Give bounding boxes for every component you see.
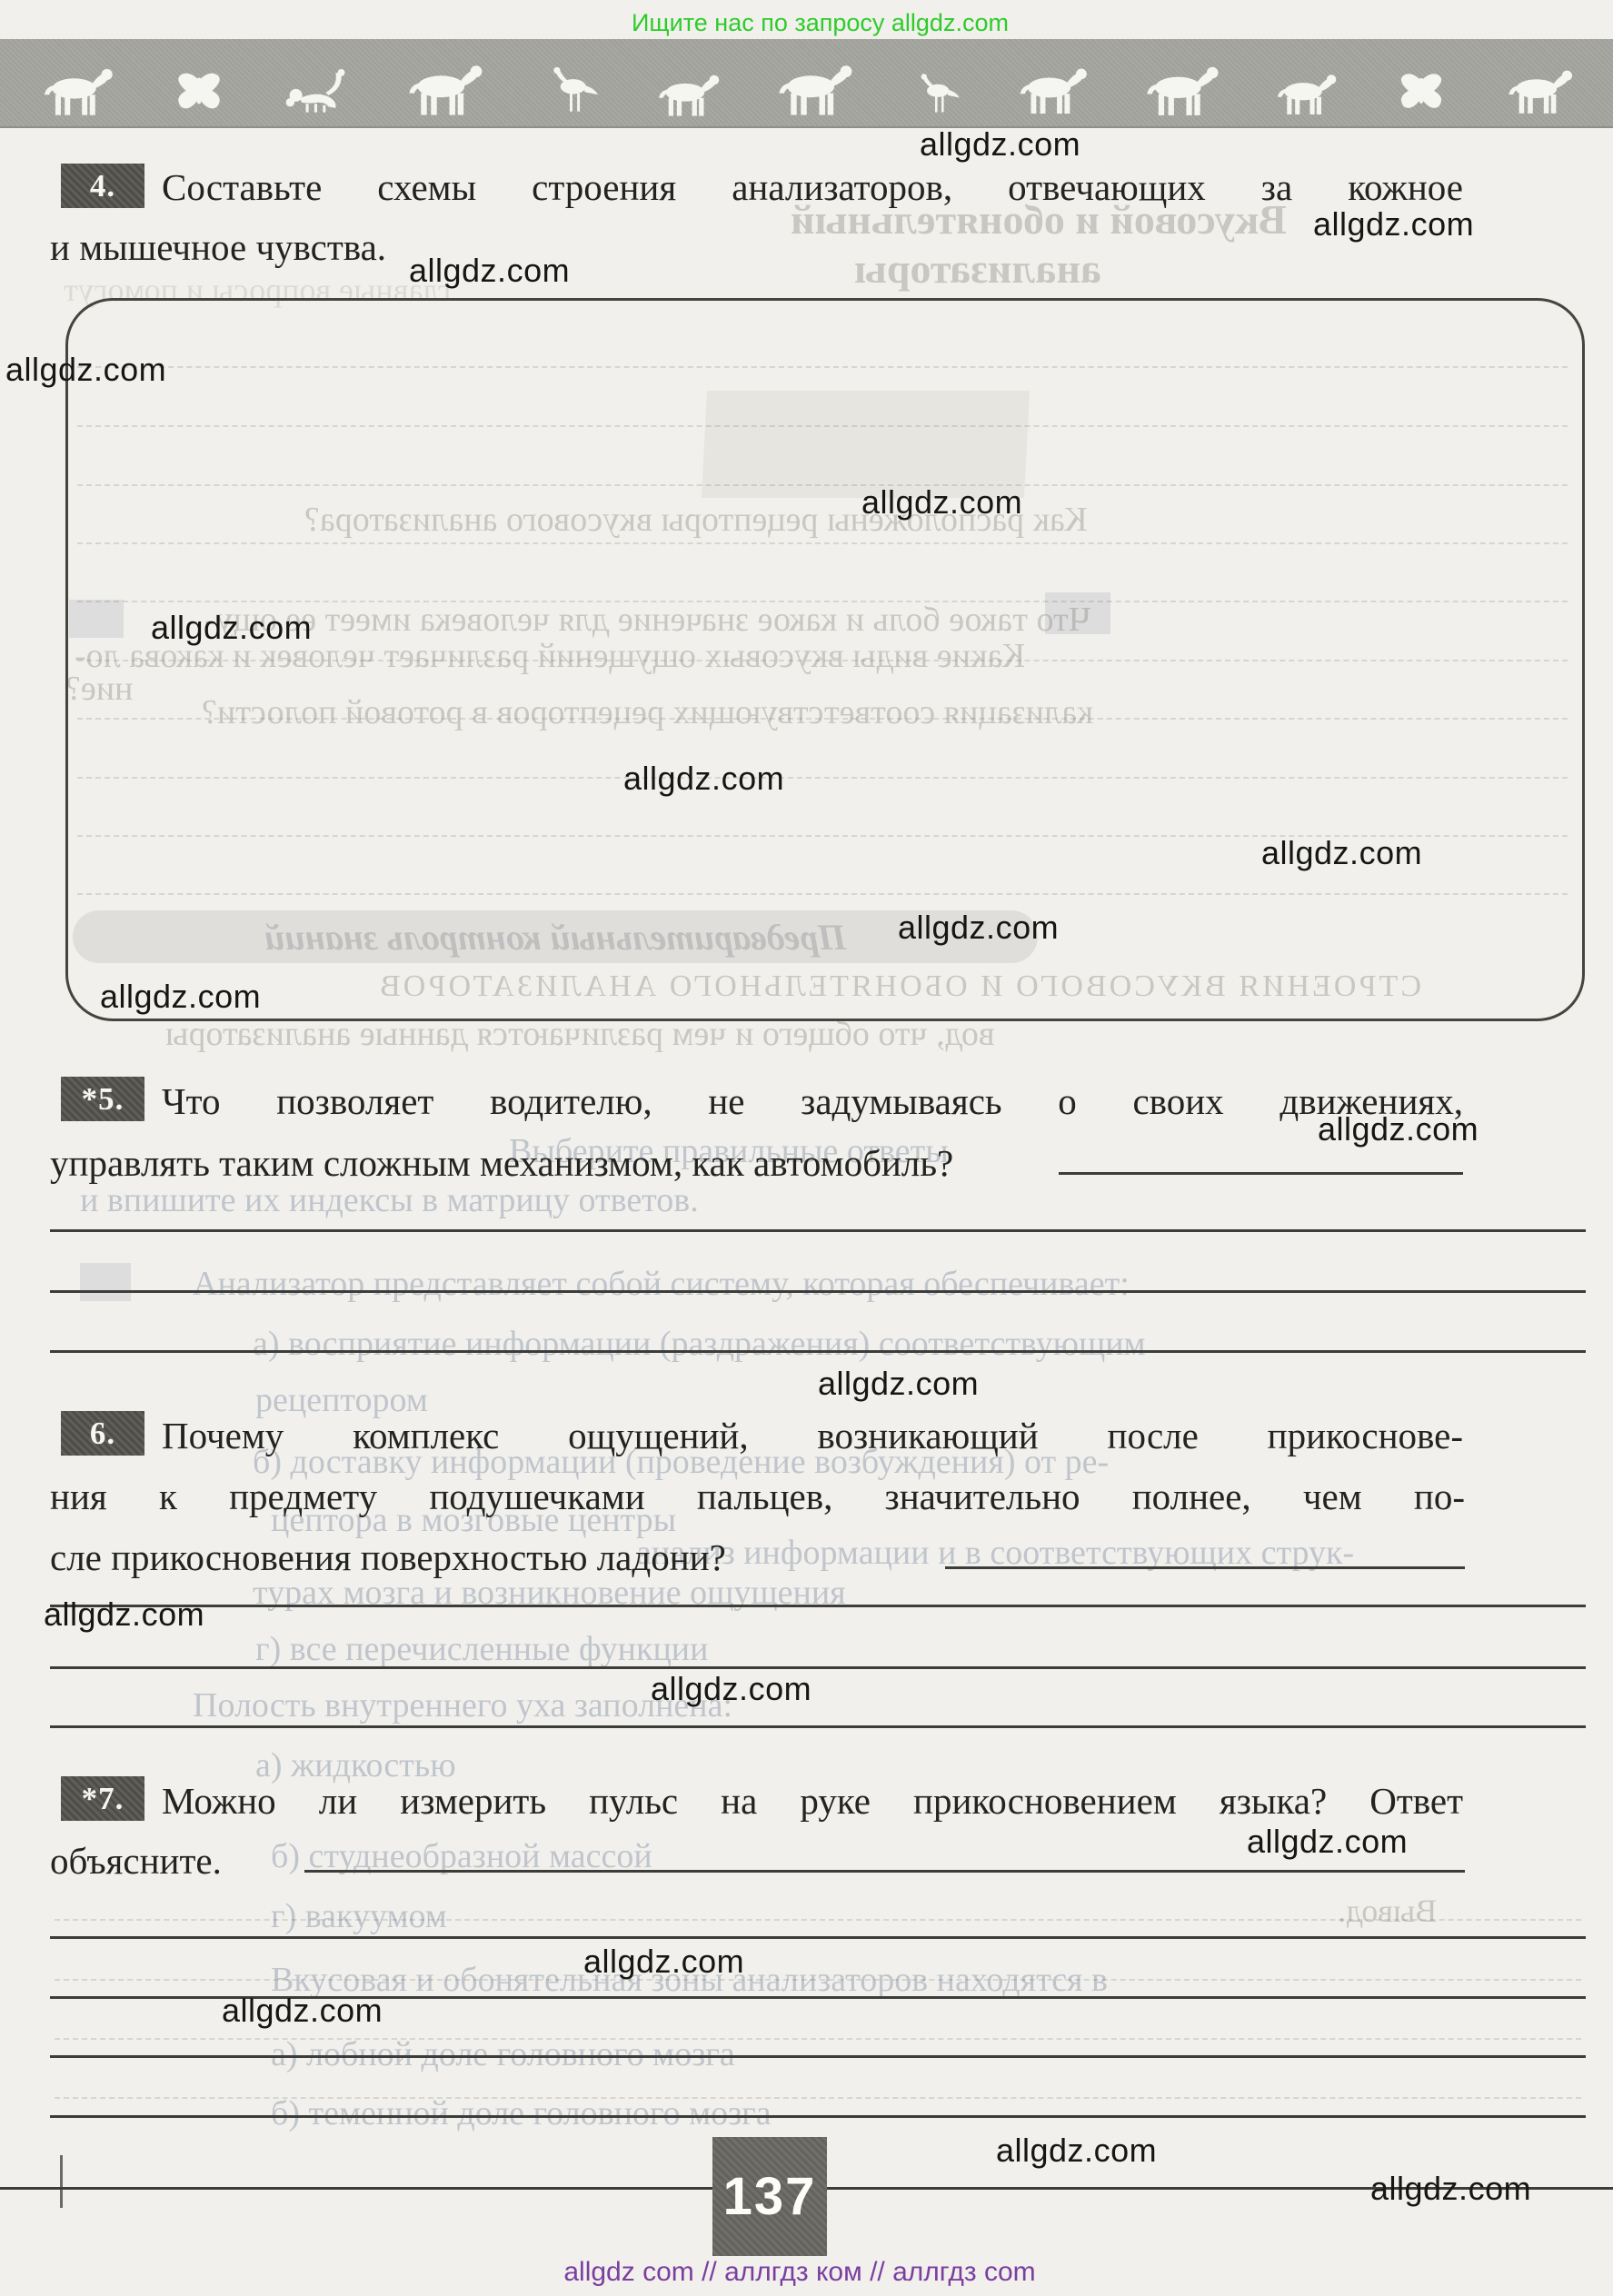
answer-line — [50, 1350, 1586, 1353]
watermark: allgdz.com — [583, 1943, 744, 1981]
watermark: allgdz.com — [1261, 834, 1422, 872]
scorpion-icon — [282, 65, 353, 119]
answer-line — [50, 2055, 1586, 2058]
answer-line — [50, 2115, 1586, 2118]
drawing-answer-box — [65, 298, 1585, 1021]
ghost-badge — [80, 1263, 131, 1301]
task-5-line2: управлять таким сложным механизмом, как … — [50, 1139, 953, 1188]
watermark: allgdz.com — [1370, 2170, 1531, 2208]
ghost-text: а) восприятие информации (раздражения) с… — [253, 1323, 1146, 1367]
answer-line — [945, 1566, 1465, 1569]
goat-icon — [1503, 63, 1576, 119]
ghost-text: Анализатор представляет собой систему, к… — [193, 1263, 1130, 1307]
watermark: allgdz.com — [151, 609, 312, 647]
watermark: allgdz.com — [222, 1992, 383, 2030]
moose-icon — [772, 59, 856, 119]
task-4-badge: 4. — [61, 164, 144, 208]
watermark: allgdz.com — [1318, 1110, 1479, 1148]
watermark: allgdz.com — [5, 351, 166, 389]
footer-note: allgdz com // аллгдз ком // аллгдз com — [454, 2257, 1145, 2288]
deer-icon — [1014, 61, 1090, 119]
task-6-line1: Почему комплекс ощущений, возникающий по… — [162, 1412, 1463, 1460]
answer-line — [50, 1290, 1586, 1293]
watermark: allgdz.com — [996, 2132, 1157, 2170]
animal-silhouette-band — [0, 39, 1613, 128]
watermark: allgdz.com — [651, 1670, 811, 1708]
watermark: allgdz.com — [1247, 1823, 1408, 1861]
butterfly-icon — [166, 66, 232, 119]
watermark: allgdz.com — [818, 1365, 979, 1403]
answer-line — [50, 1725, 1586, 1728]
faint-line — [55, 2097, 1581, 2099]
ghost-text: анализаторы — [854, 244, 1101, 293]
bird-icon — [906, 68, 964, 119]
answer-line — [50, 1936, 1586, 1939]
task-7-line1: Можно ли измерить пульс на руке прикосно… — [162, 1777, 1463, 1825]
ghost-text: г) все перечисленные функции — [255, 1628, 708, 1672]
answer-line — [50, 1229, 1586, 1232]
watermark: allgdz.com — [920, 125, 1080, 164]
green-search-note: Ищите нас по запросу allgdz.com — [632, 9, 1009, 37]
workbook-page: Ищите нас по запросу allgdz.com Вкусовой… — [0, 0, 1613, 2296]
task-6-line2: ния к предмету подушечками пальцев, знач… — [50, 1473, 1465, 1521]
bison-icon — [38, 63, 116, 119]
watermark: allgdz.com — [1313, 205, 1474, 244]
task-7-line2: объясните. — [50, 1837, 222, 1885]
butterfly-icon — [1389, 66, 1453, 119]
ghost-text: Вывод. — [1338, 1892, 1437, 1931]
task-5-line1: Что позволяет водителю, не задумываясь о… — [162, 1078, 1463, 1126]
horse-icon — [1140, 61, 1222, 119]
watermark: allgdz.com — [623, 760, 784, 798]
watermark: allgdz.com — [409, 252, 570, 290]
margin-tick — [60, 2155, 63, 2208]
ghost-text: б) теменной доле головного мозга — [271, 2092, 772, 2136]
answer-line — [304, 1870, 1465, 1873]
faint-line — [55, 2038, 1581, 2040]
page-number-badge: 137 — [712, 2137, 827, 2256]
fox-icon — [1272, 68, 1339, 119]
task-4-line1: Составьте схемы строения анализаторов, о… — [162, 164, 1463, 212]
answer-line — [50, 1666, 1586, 1669]
crane-icon — [536, 61, 603, 119]
task-6-badge: 6. — [61, 1411, 144, 1456]
watermark: allgdz.com — [898, 909, 1059, 947]
watermark: allgdz.com — [100, 978, 261, 1016]
faint-line — [55, 1979, 1581, 1981]
ghost-text: г) вакуумом — [271, 1895, 447, 1939]
task-6-line3: сле прикосновения поверхностью ладони? — [50, 1534, 726, 1582]
task-4-line2: и мышечное чувства. — [50, 224, 386, 272]
horse-icon — [403, 59, 486, 119]
watermark: allgdz.com — [861, 483, 1022, 522]
answer-line — [1059, 1172, 1463, 1175]
task-5-badge: *5. — [61, 1077, 144, 1121]
faint-line — [55, 1919, 1581, 1921]
answer-line — [50, 1605, 1586, 1607]
watermark: allgdz.com — [44, 1595, 204, 1634]
cat-icon — [653, 70, 722, 119]
task-7-badge: *7. — [61, 1776, 144, 1821]
